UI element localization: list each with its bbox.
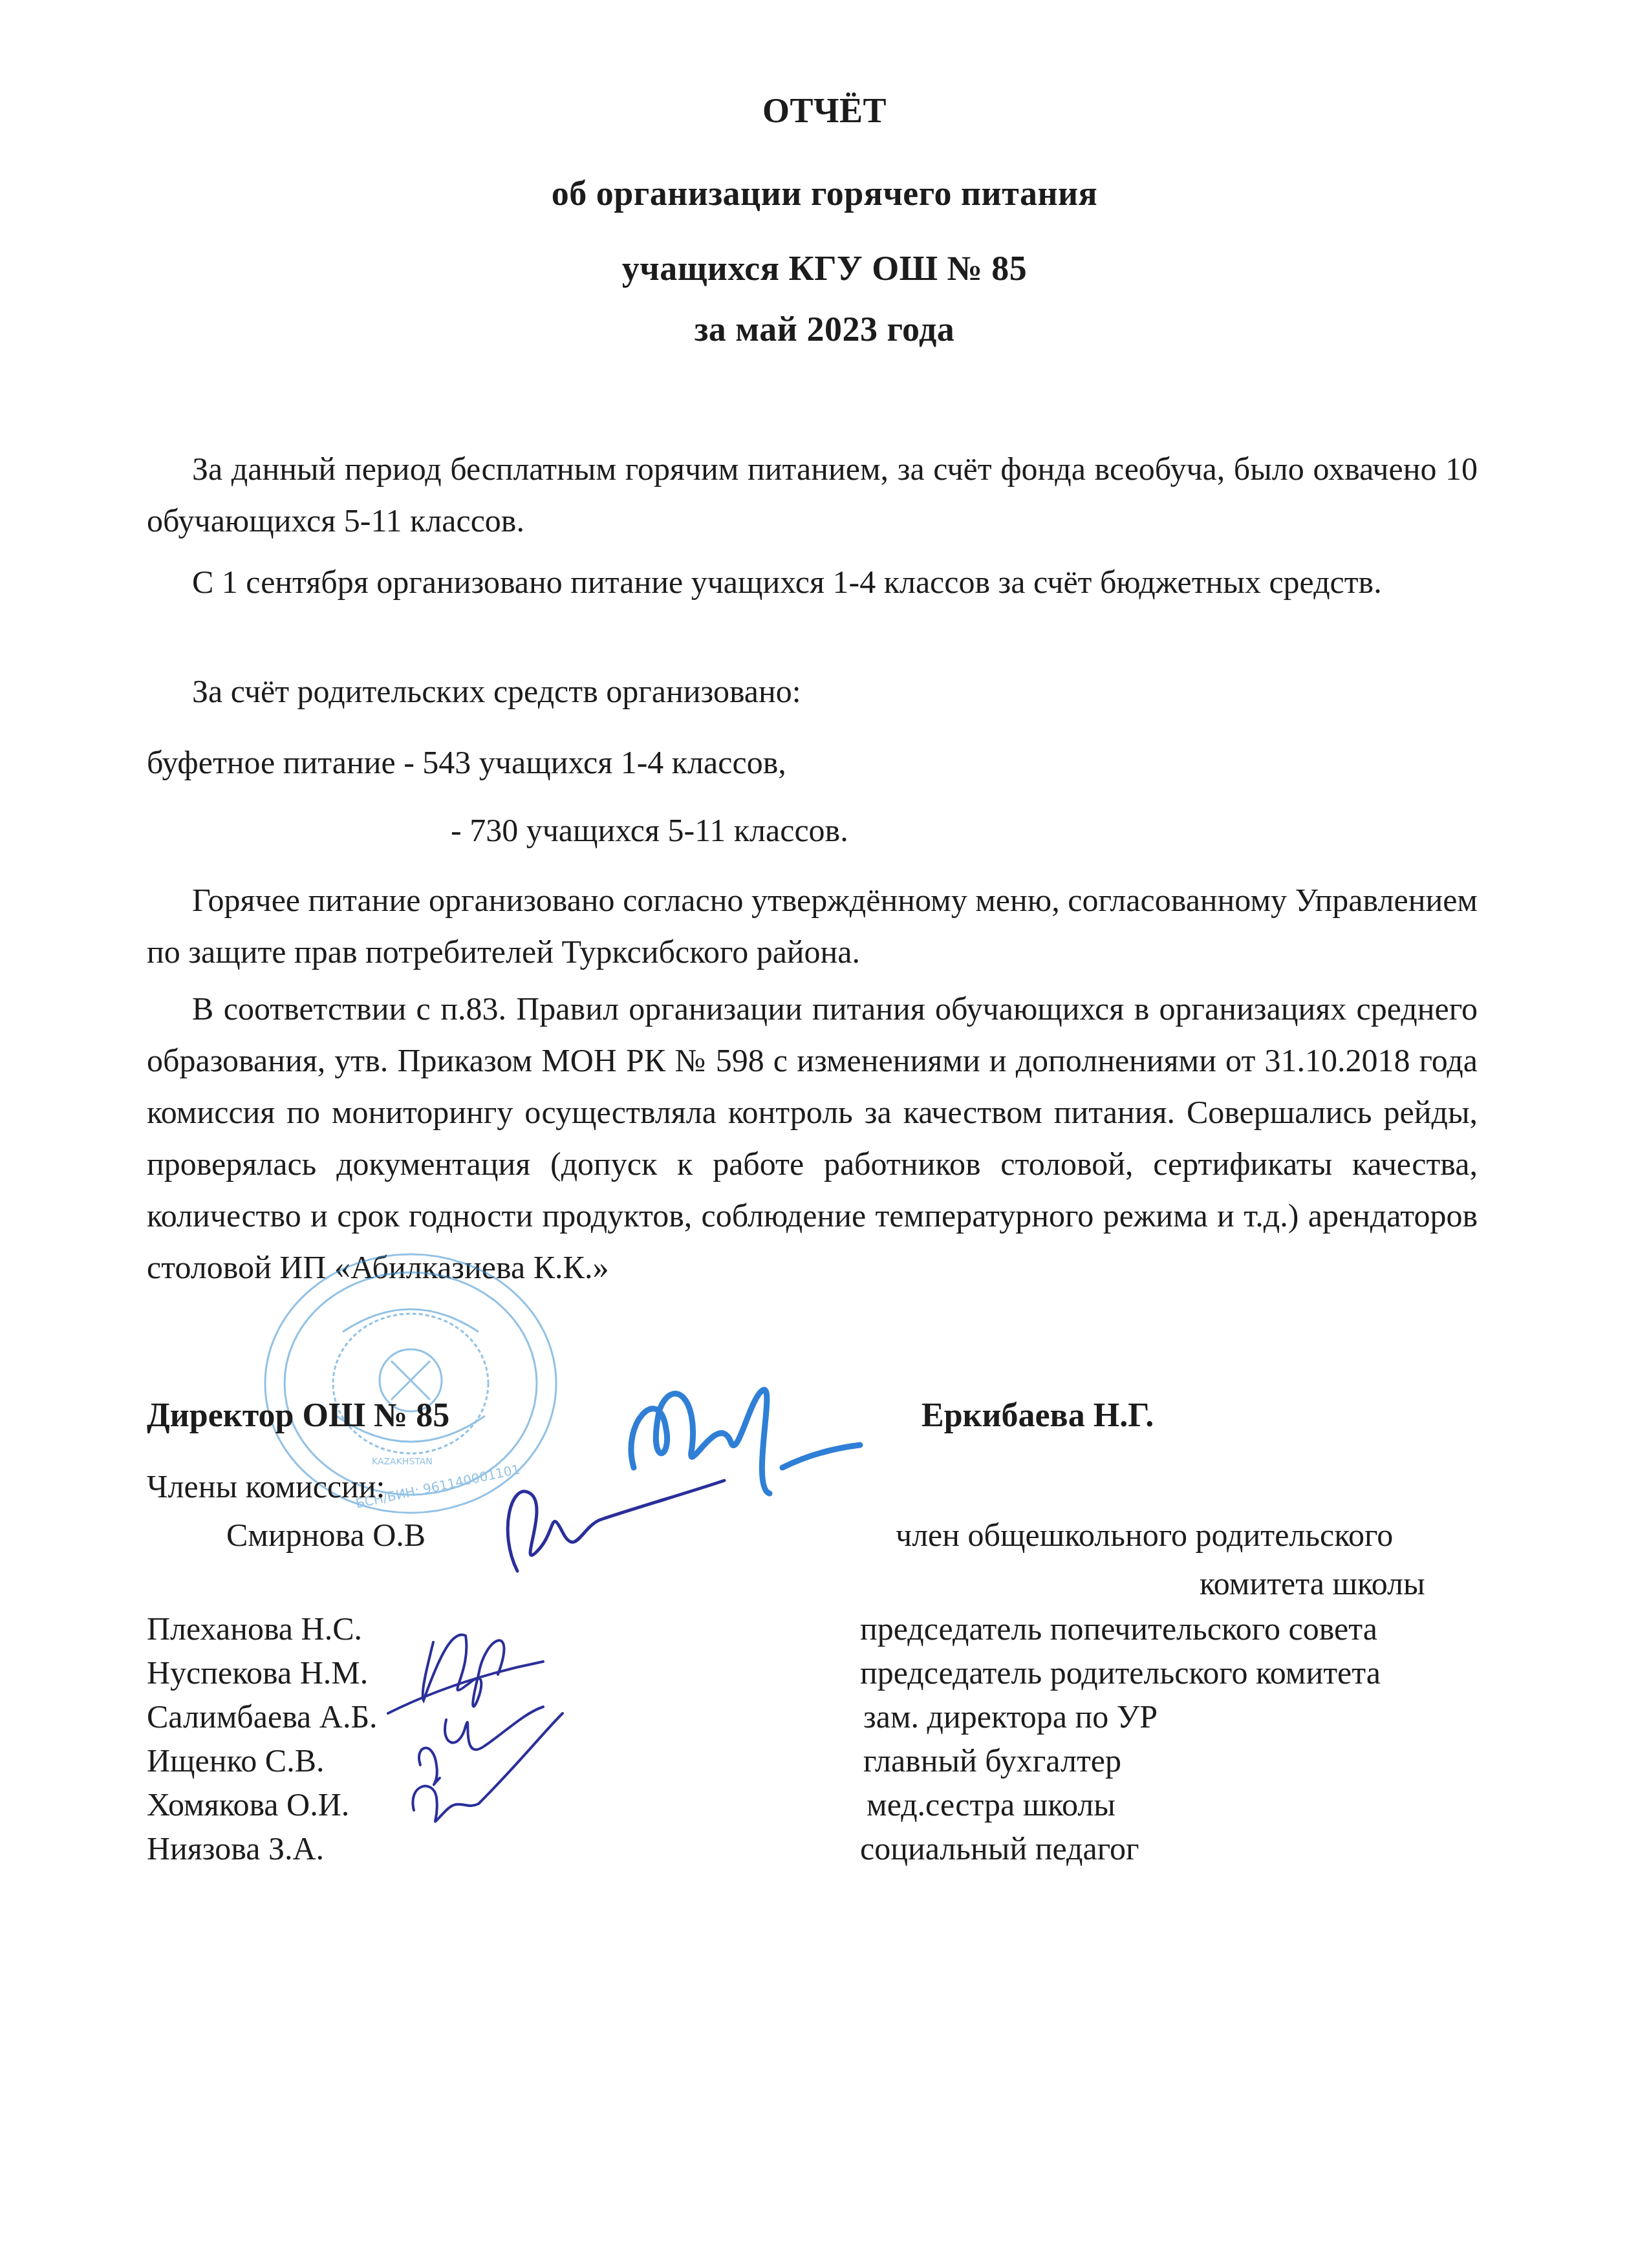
- report-subtitle: об организации горячего питания: [0, 173, 1649, 213]
- paragraph-menu: Горячее питание организовано согласно ут…: [147, 874, 1478, 978]
- buffet-line-1-4: буфетное питание - 543 учащихся 1-4 клас…: [147, 744, 786, 781]
- member-name: Хомякова О.И.: [147, 1786, 349, 1823]
- buffet-line-5-11: - 730 учащихся 5-11 классов.: [451, 811, 848, 849]
- paragraph-budget-meals: С 1 сентября организовано питание учащих…: [147, 556, 1478, 608]
- member-name: Плеханова Н.С.: [147, 1610, 362, 1647]
- paragraph-monitoring: В соответствии с п.83. Правил организаци…: [147, 983, 1478, 1293]
- member-role-continued: комитета школы: [1200, 1565, 1425, 1602]
- paragraph-free-meals: За данный период бесплатным горячим пита…: [147, 443, 1478, 546]
- member-role: главный бухгалтер: [863, 1742, 1121, 1779]
- members-label: Члены комиссии:: [147, 1468, 385, 1505]
- report-title: ОТЧЁТ: [0, 91, 1649, 131]
- member-name: Нуспекова Н.М.: [147, 1654, 368, 1691]
- member-role: член общешкольного родительского: [896, 1516, 1393, 1554]
- svg-text:KAZAKHSTAN: KAZAKHSTAN: [372, 1457, 433, 1467]
- member-role: председатель родительского комитета: [860, 1654, 1381, 1691]
- director-label: Директор ОШ № 85: [147, 1396, 449, 1435]
- member-name: Салимбаева А.Б.: [147, 1698, 378, 1735]
- member-name: Ищенко С.В.: [147, 1742, 325, 1779]
- members-signatures: [375, 1616, 647, 1836]
- report-period: за май 2023 года: [0, 309, 1649, 349]
- member-role: зам. директора по УР: [863, 1698, 1158, 1735]
- paragraph-parent-funds: За счёт родительских средств организован…: [192, 672, 801, 710]
- member-signature: [491, 1468, 737, 1584]
- member-role: мед.сестра школы: [867, 1786, 1115, 1823]
- director-name: Еркибаева Н.Г.: [921, 1396, 1154, 1435]
- member-name: Ниязова З.А.: [147, 1830, 324, 1867]
- member-name: Смирнова О.В: [226, 1516, 426, 1554]
- report-subtitle-school: учащихся КГУ ОШ № 85: [0, 248, 1649, 288]
- member-role: социальный педагог: [860, 1830, 1139, 1867]
- document-page: ОТЧЁТ об организации горячего питания уч…: [0, 0, 1649, 2268]
- member-role: председатель попечительского совета: [860, 1610, 1377, 1647]
